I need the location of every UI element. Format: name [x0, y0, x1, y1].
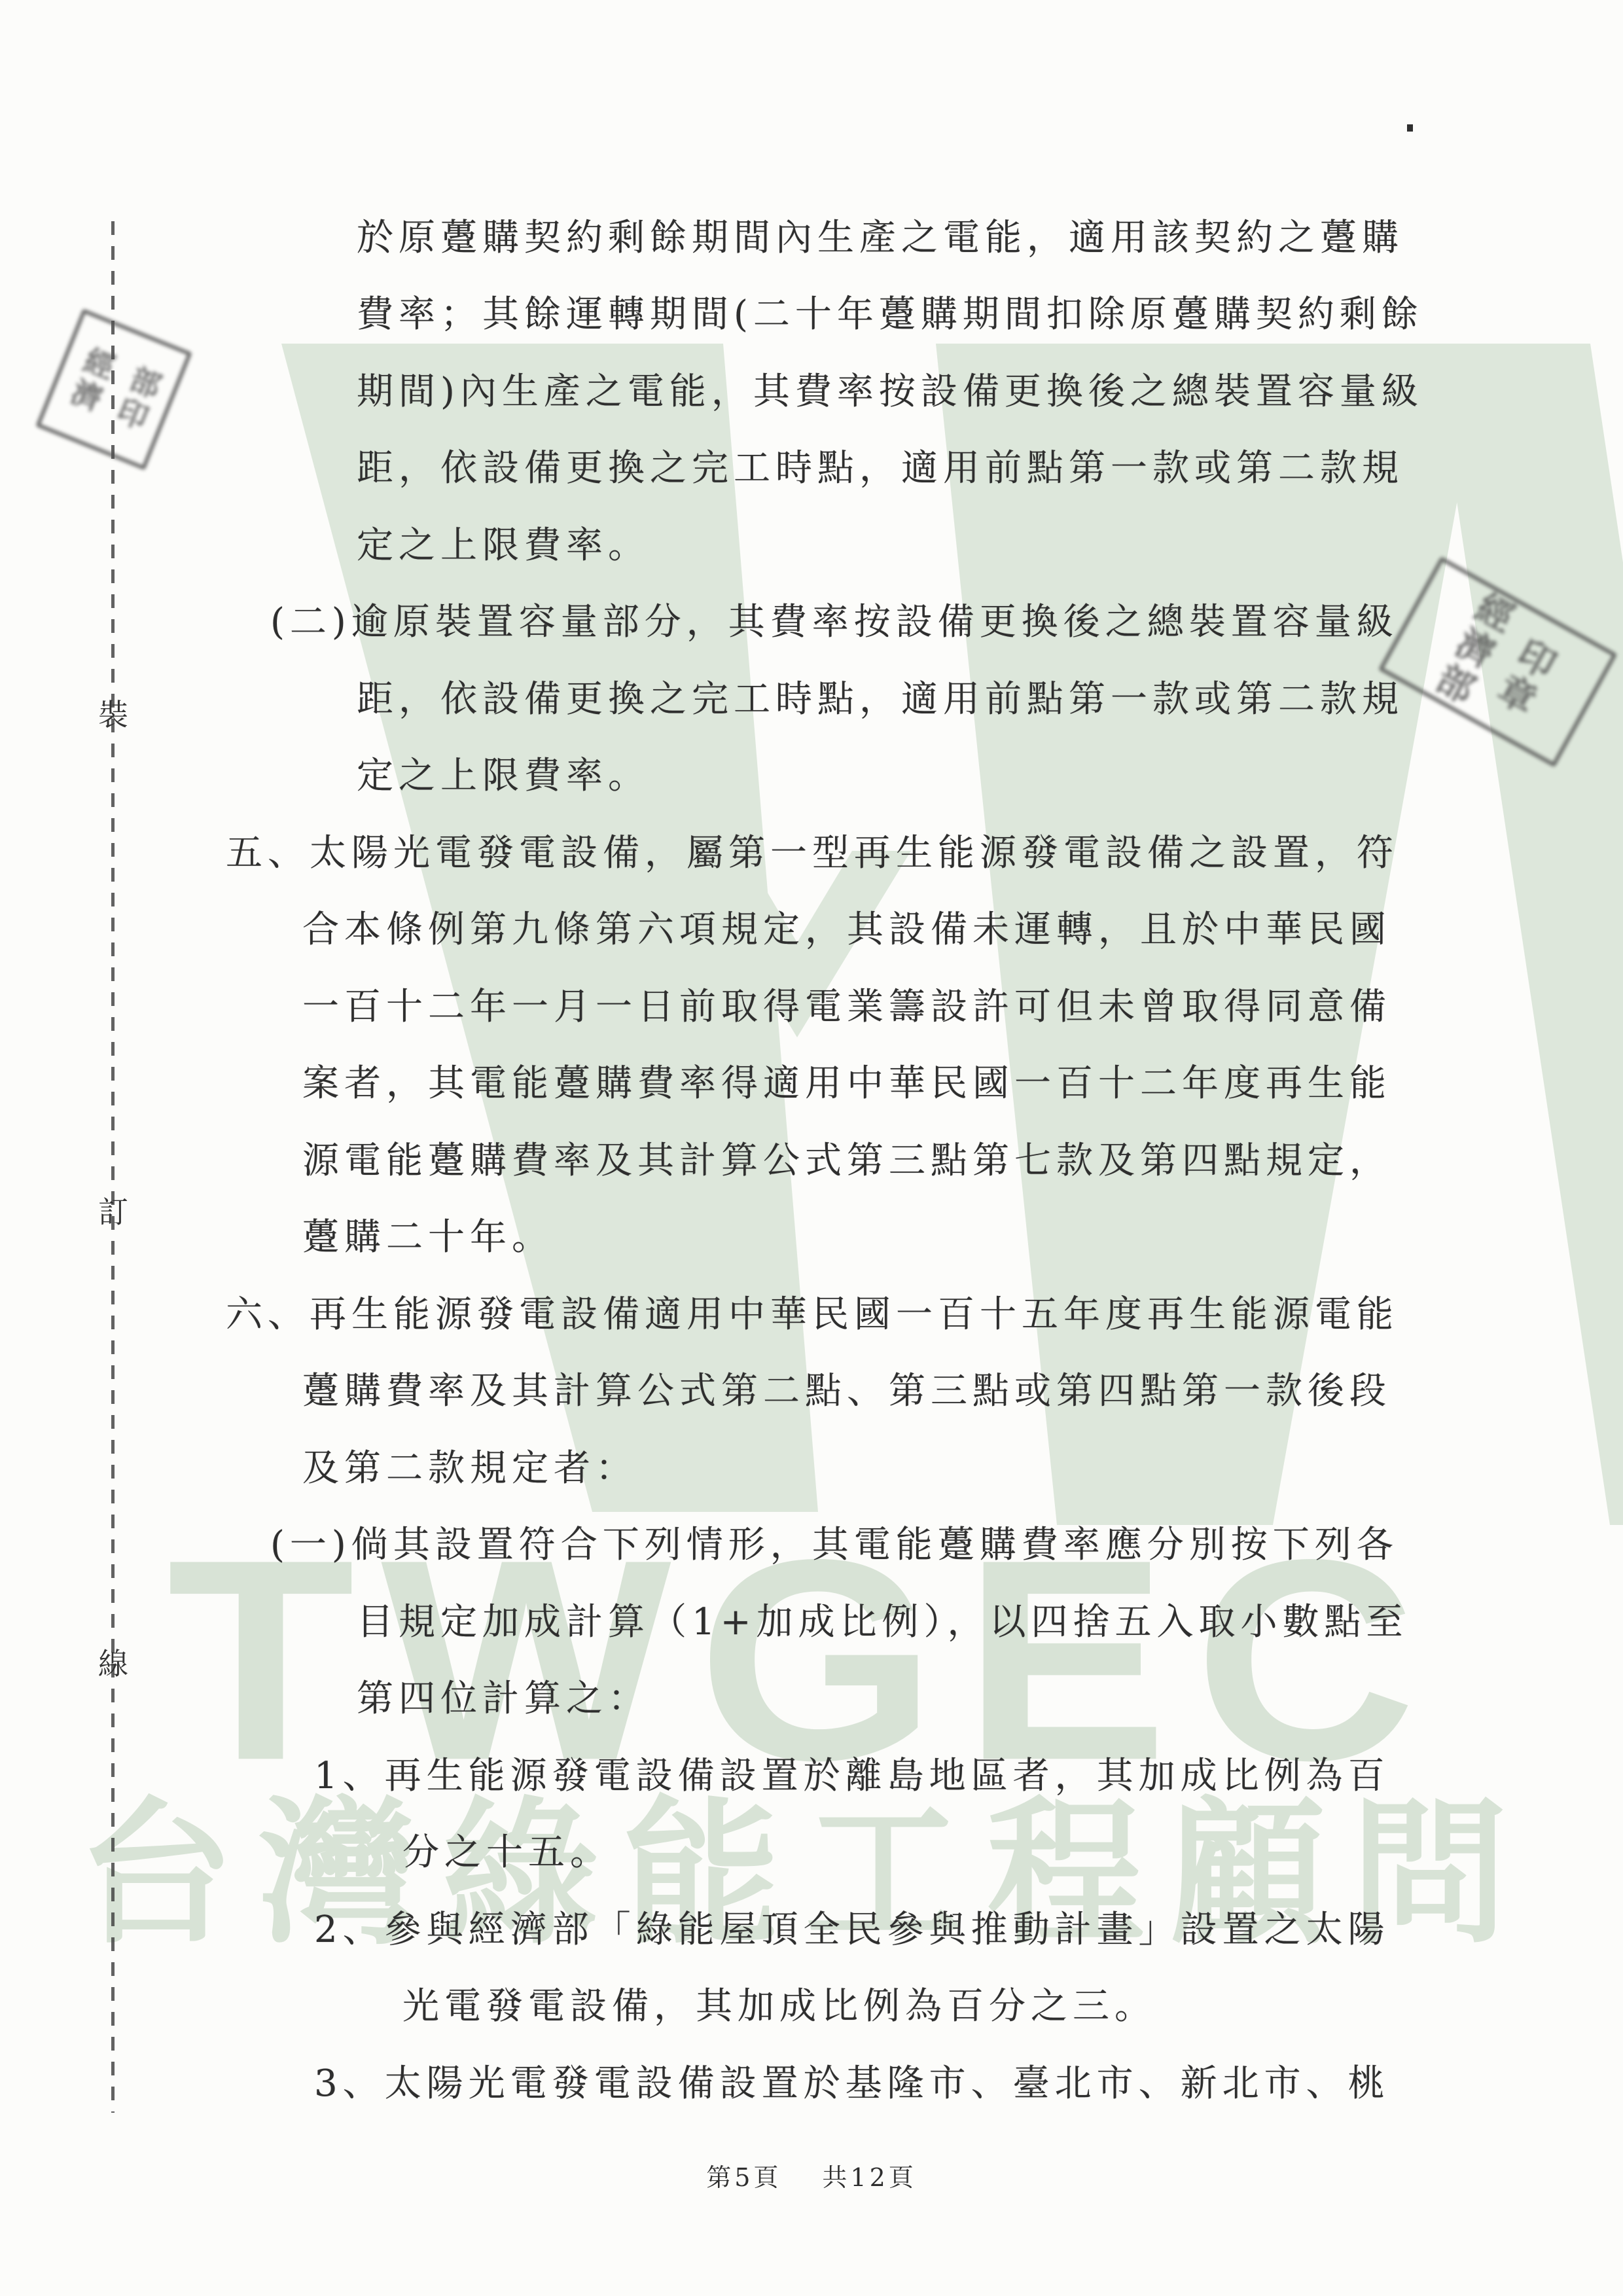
document-line: 費率；其餘運轉期間(二十年躉購期間扣除原躉購契約剩餘	[357, 295, 1423, 335]
page-footer: 第5頁共12頁	[0, 2157, 1623, 2193]
binding-mark-xian: 線	[93, 1640, 134, 1683]
document-line: 源電能躉購費率及其計算公式第三點第七款及第四點規定，	[302, 1141, 1391, 1181]
binding-mark-zhuang: 裝	[93, 691, 134, 734]
scan-artifact-dot	[1407, 124, 1413, 132]
document-line: 一百十二年一月一日前取得電業籌設許可但未曾取得同意備	[302, 987, 1391, 1028]
document-line: 定之上限費率。	[357, 526, 650, 566]
document-line: 3、太陽光電發電設備設置於基隆市、臺北市、新北市、桃	[314, 2064, 1390, 2104]
document-line: 案者，其電能躉購費率得適用中華民國一百十二年度再生能	[302, 1064, 1391, 1104]
binding-dashed-line	[111, 221, 115, 2113]
document-line: 合本條例第九條第六項規定，其設備未運轉，且於中華民國	[302, 910, 1391, 950]
document-line: 距，依設備更換之完工時點，適用前點第一款或第二款規	[357, 679, 1404, 720]
document-line: 及第二款規定者：	[302, 1448, 637, 1489]
document-page: TWGEC 台灣綠能工程顧問 裝 訂 線 經濟 部印 經濟部 印章 於原躉購契約…	[0, 0, 1623, 2296]
document-line: 於原躉購契約剩餘期間內生產之電能，適用該契約之躉購	[357, 218, 1404, 259]
page-number: 第5頁	[706, 2163, 781, 2192]
document-line: 定之上限費率。	[357, 756, 650, 797]
document-line: 2、參與經濟部「綠能屋頂全民參與推動計畫」設置之太陽	[314, 1910, 1390, 1950]
document-line: 1、再生能源發電設備設置於離島地區者，其加成比例為百	[314, 1756, 1390, 1797]
document-line: (一)倘其設置符合下列情形，其電能躉購費率應分別按下列各	[270, 1525, 1399, 1566]
document-line: 光電發電設備，其加成比例為百分之三。	[402, 1986, 1156, 2027]
document-line: 五、太陽光電發電設備，屬第一型再生能源發電設備之設置，符	[226, 833, 1399, 874]
document-line: (二)逾原裝置容量部分，其費率按設備更換後之總裝置容量級	[270, 602, 1399, 643]
document-line: 目規定加成計算（1+加成比例），以四捨五入取小數點至	[357, 1602, 1408, 1643]
document-line: 分之十五。	[402, 1833, 612, 1873]
document-line: 期間)內生產之電能，其費率按設備更換後之總裝置容量級	[357, 372, 1423, 412]
page-total: 共12頁	[822, 2163, 916, 2192]
binding-mark-ding: 訂	[93, 1189, 134, 1232]
document-line: 躉購二十年。	[302, 1217, 554, 1258]
document-line: 第四位計算之：	[357, 1679, 650, 1719]
document-line: 距，依設備更換之完工時點，適用前點第一款或第二款規	[357, 448, 1404, 489]
document-line: 躉購費率及其計算公式第二點、第三點或第四點第一款後段	[302, 1371, 1391, 1412]
document-line: 六、再生能源發電設備適用中華民國一百十五年度再生能源電能	[226, 1295, 1399, 1335]
